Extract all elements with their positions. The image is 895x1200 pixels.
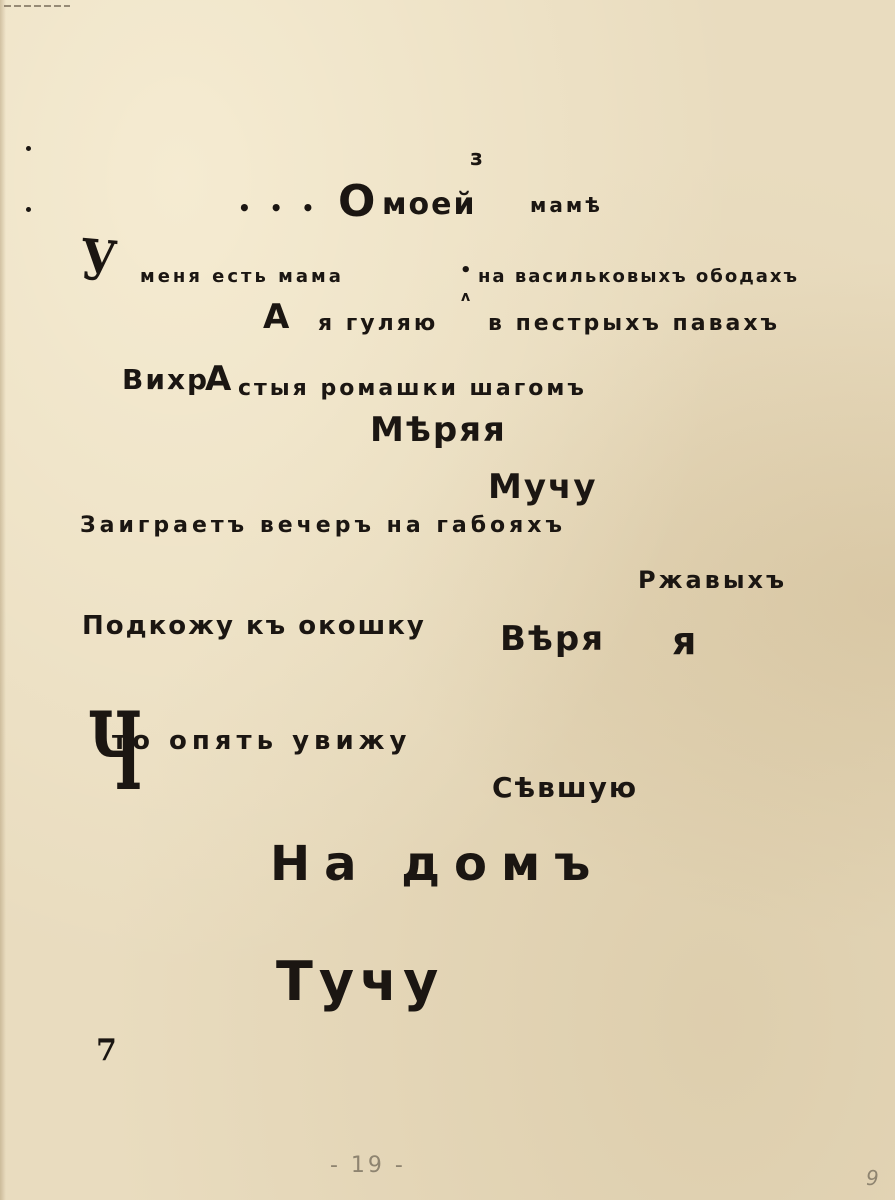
- top-edge-mark: [4, 5, 70, 7]
- line-5-text: Мучу: [488, 470, 598, 504]
- line-11-text: На домъ: [270, 840, 604, 888]
- line-2-continuation: в пестрыхъ павахъ: [488, 313, 780, 335]
- page-number: - 19 -: [330, 1155, 406, 1177]
- line-2-initial: А: [263, 300, 291, 334]
- margin-dot: [26, 207, 31, 212]
- line-1-insert-mark: •: [460, 262, 475, 280]
- title-superscript-correction: з: [470, 148, 486, 170]
- line-3-end: стыя ромашки шагомъ: [238, 378, 587, 400]
- title-word-moei: моей: [382, 190, 477, 220]
- line-8-text: Подкожу къ окошку: [82, 613, 426, 639]
- corner-number: 9: [866, 1168, 879, 1188]
- line-1-continuation: на васильковыхъ ободахъ: [478, 268, 799, 286]
- line-10-text: Сѣвшую: [492, 774, 638, 802]
- title-word-mame: мамѣ: [530, 195, 603, 215]
- line-8-continuation: Вѣря: [500, 622, 605, 656]
- number-mark: 7: [96, 1036, 119, 1066]
- line-3-start: Вихр: [122, 366, 209, 394]
- title-initial: О: [338, 180, 377, 224]
- line-3-capital-inset: А: [205, 362, 233, 396]
- line-4-text: Мѣряя: [370, 413, 507, 447]
- line-1-initial: У: [79, 226, 119, 295]
- line-2-caret: ʌ: [461, 290, 473, 304]
- line-9-text: то опять увижу: [112, 728, 412, 754]
- title-ellipsis: • • •: [238, 198, 320, 218]
- line-7-text: Ржавыхъ: [638, 568, 787, 592]
- line-2-text: я гуляю: [318, 313, 438, 335]
- line-6-text: Заиграетъ вечеръ на габояхъ: [80, 515, 566, 537]
- margin-dot: [26, 146, 31, 151]
- line-12-text: Тучу: [276, 955, 444, 1009]
- page-edge-shadow: [0, 0, 6, 1200]
- line-1-text: меня есть мама: [140, 268, 344, 286]
- line-8-end: я: [672, 622, 698, 660]
